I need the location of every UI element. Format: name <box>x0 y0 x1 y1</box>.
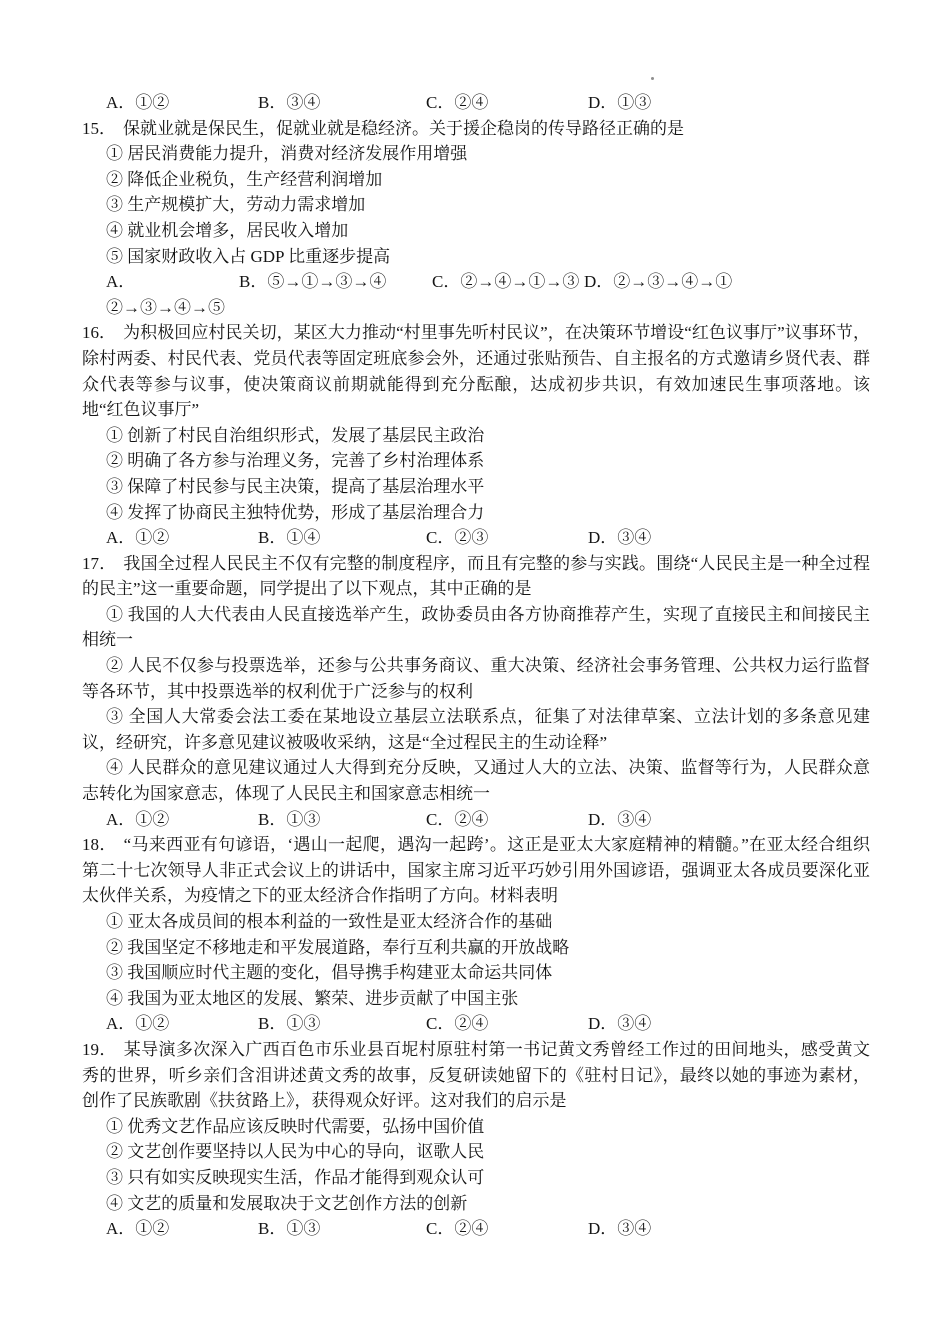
question-14-options-row: A．①② B．③④ C．②④ D．①③ <box>82 90 870 116</box>
question-number: 15． <box>82 119 116 138</box>
question-16-item-2: ② 明确了各方参与治理义务，完善了乡村治理体系 <box>82 448 870 474</box>
option-c: C．②④ <box>426 807 588 833</box>
option-b: B．①③ <box>258 1011 426 1037</box>
option-c: C．②④ <box>426 90 588 116</box>
question-18-item-4: ④ 我国为亚太地区的发展、繁荣、进步贡献了中国主张 <box>82 986 870 1012</box>
question-18-item-1: ① 亚太各成员间的根本利益的一致性是亚太经济合作的基础 <box>82 909 870 935</box>
option-d: D．③④ <box>588 1216 651 1242</box>
question-15-item-2: ② 降低企业税负，生产经营利润增加 <box>82 167 870 193</box>
question-19-item-1: ① 优秀文艺作品应该反映时代需要，弘扬中国价值 <box>82 1114 870 1140</box>
question-19-item-4: ④ 文艺的质量和发展取决于文艺创作方法的创新 <box>82 1191 870 1217</box>
question-19-item-2: ② 文艺创作要坚持以人民为中心的导向，讴歌人民 <box>82 1139 870 1165</box>
question-17-item-2: ② 人民不仅参与投票选举，还参与公共事务商议、重大决策、经济社会事务管理、公共权… <box>82 653 870 704</box>
question-17: 17．我国全过程人民民主不仅有完整的制度程序，而且有完整的参与实践。围绕“人民民… <box>82 551 870 833</box>
option-a: A．①② <box>106 1216 258 1242</box>
question-text: 为积极回应村民关切，某区大力推动“村里事先听村民议”，在决策环节增设“红色议事厅… <box>82 323 870 419</box>
question-17-item-4: ④ 人民群众的意见建议通过人大得到充分反映，又通过人大的立法、决策、监督等行为，… <box>82 755 870 806</box>
question-19-stem: 19．某导演多次深入广西百色市乐业县百坭村原驻村第一书记黄文秀曾经工作过的田间地… <box>82 1037 870 1114</box>
option-d: D．②→③→④→① <box>584 269 732 320</box>
option-a: A．①② <box>106 1011 258 1037</box>
question-17-options-row: A．①② B．①③ C．②④ D．③④ <box>82 807 870 833</box>
question-16-item-3: ③ 保障了村民参与民主决策，提高了基层治理水平 <box>82 474 870 500</box>
question-19-item-3: ③ 只有如实反映现实生活，作品才能得到观众认可 <box>82 1165 870 1191</box>
question-17-stem: 17．我国全过程人民民主不仅有完整的制度程序，而且有完整的参与实践。围绕“人民民… <box>82 551 870 602</box>
question-16-item-4: ④ 发挥了协商民主独特优势，形成了基层治理合力 <box>82 500 870 526</box>
question-17-item-1: ① 我国的人大代表由人民直接选举产生，政协委员由各方协商推荐产生，实现了直接民主… <box>82 602 870 653</box>
question-15-options-row: A．②→③→④→⑤ B．⑤→①→③→④ C．②→④→①→③ D．②→③→④→① <box>82 269 870 320</box>
question-number: 18． <box>82 835 117 854</box>
question-15-item-1: ① 居民消费能力提升，消费对经济发展作用增强 <box>82 141 870 167</box>
question-16: 16．为积极回应村民关切，某区大力推动“村里事先听村民议”，在决策环节增设“红色… <box>82 320 870 550</box>
stray-dot-artifact <box>651 77 654 80</box>
question-number: 19． <box>82 1040 117 1059</box>
question-16-item-1: ① 创新了村民自治组织形式，发展了基层民主政治 <box>82 423 870 449</box>
question-18: 18．“马来西亚有句谚语，‘遇山一起爬，遇沟一起跨’。这正是亚太大家庭精神的精髓… <box>82 832 870 1037</box>
option-c: C．②→④→①→③ <box>432 269 584 320</box>
question-16-stem: 16．为积极回应村民关切，某区大力推动“村里事先听村民议”，在决策环节增设“红色… <box>82 320 870 422</box>
question-16-options-row: A．①② B．①④ C．②③ D．③④ <box>82 525 870 551</box>
option-a: A．①② <box>106 807 258 833</box>
option-d: D．③④ <box>588 525 651 551</box>
option-c: C．②③ <box>426 525 588 551</box>
question-15-stem: 15．保就业就是保民生，促就业就是稳经济。关于援企稳岗的传导路径正确的是 <box>82 116 870 142</box>
option-a: A．①② <box>106 525 258 551</box>
question-19: 19．某导演多次深入广西百色市乐业县百坭村原驻村第一书记黄文秀曾经工作过的田间地… <box>82 1037 870 1242</box>
option-a: A．①② <box>106 90 258 116</box>
question-19-options-row: A．①② B．①③ C．②④ D．③④ <box>82 1216 870 1242</box>
option-d: D．③④ <box>588 1011 651 1037</box>
question-15: 15．保就业就是保民生，促就业就是稳经济。关于援企稳岗的传导路径正确的是 ① 居… <box>82 116 870 321</box>
question-15-item-4: ④ 就业机会增多，居民收入增加 <box>82 218 870 244</box>
question-text: “马来西亚有句谚语，‘遇山一起爬，遇沟一起跨’。这正是亚太大家庭精神的精髓。”在… <box>82 835 870 905</box>
option-a: A．②→③→④→⑤ <box>106 269 239 320</box>
question-text: 保就业就是保民生，促就业就是稳经济。关于援企稳岗的传导路径正确的是 <box>123 119 684 138</box>
question-15-item-5: ⑤ 国家财政收入占 GDP 比重逐步提高 <box>82 244 870 270</box>
option-b: B．⑤→①→③→④ <box>239 269 432 320</box>
option-c: C．②④ <box>426 1011 588 1037</box>
question-15-item-3: ③ 生产规模扩大，劳动力需求增加 <box>82 192 870 218</box>
question-number: 17． <box>82 554 116 573</box>
option-b: B．①④ <box>258 525 426 551</box>
option-d: D．③④ <box>588 807 651 833</box>
question-17-item-3: ③ 全国人大常委会法工委在某地设立基层立法联系点，征集了对法律草案、立法计划的多… <box>82 704 870 755</box>
question-text: 某导演多次深入广西百色市乐业县百坭村原驻村第一书记黄文秀曾经工作过的田间地头，感… <box>82 1040 870 1110</box>
option-c: C．②④ <box>426 1216 588 1242</box>
question-18-stem: 18．“马来西亚有句谚语，‘遇山一起爬，遇沟一起跨’。这正是亚太大家庭精神的精髓… <box>82 832 870 909</box>
question-text: 我国全过程人民民主不仅有完整的制度程序，而且有完整的参与实践。围绕“人民民主是一… <box>82 554 870 599</box>
question-18-item-2: ② 我国坚定不移地走和平发展道路，奉行互利共赢的开放战略 <box>82 935 870 961</box>
exam-page: A．①② B．③④ C．②④ D．①③ 15．保就业就是保民生，促就业就是稳经济… <box>82 90 870 1242</box>
question-18-item-3: ③ 我国顺应时代主题的变化，倡导携手构建亚太命运共同体 <box>82 960 870 986</box>
option-b: B．①③ <box>258 1216 426 1242</box>
option-d: D．①③ <box>588 90 651 116</box>
question-18-options-row: A．①② B．①③ C．②④ D．③④ <box>82 1011 870 1037</box>
question-number: 16． <box>82 323 116 342</box>
option-b: B．①③ <box>258 807 426 833</box>
option-b: B．③④ <box>258 90 426 116</box>
